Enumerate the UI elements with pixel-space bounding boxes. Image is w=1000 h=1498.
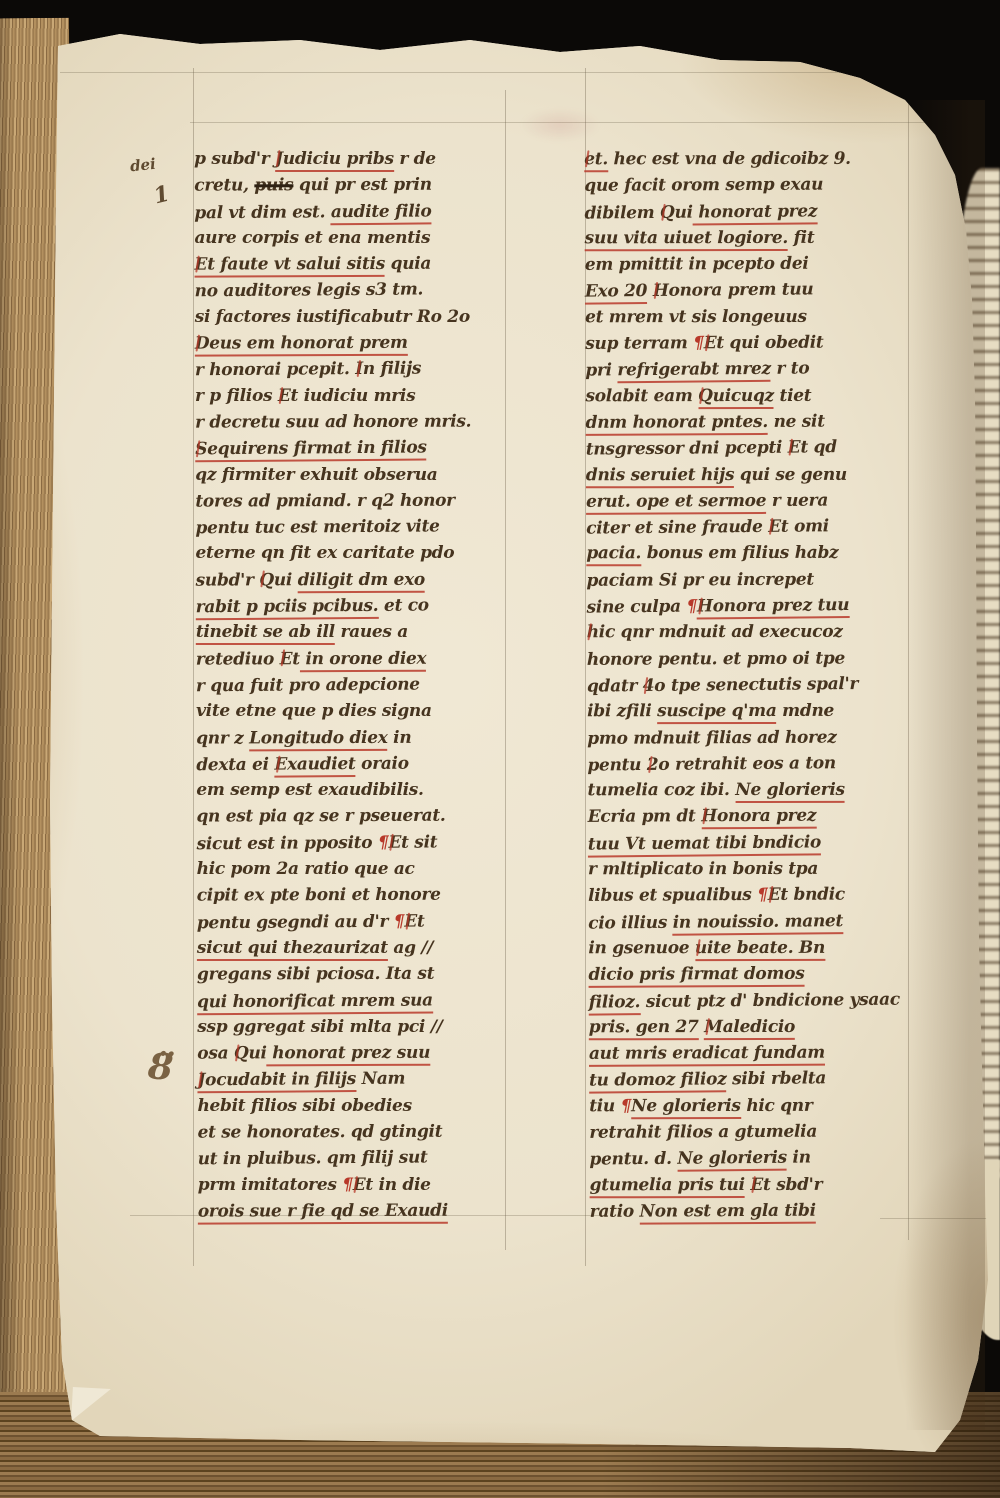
bleed-through-smudge [520, 108, 600, 142]
margin-note-dei: dei [129, 155, 156, 176]
manuscript-text-segment: Sequirens firmat in filios [195, 438, 427, 463]
manuscript-text-segment: gregans sibi pciosa. Ita st [197, 964, 434, 985]
manuscript-text-segment: paciam Si pr eu increpet [586, 569, 814, 590]
manuscript-line: Exo 20 Honora prem tuu [585, 276, 915, 305]
rubric-paraph-mark: ¶ [686, 597, 697, 617]
manuscript-text-segment: eterne qn fit ex caritate pdo [196, 543, 455, 563]
manuscript-line: pacia. bonus em filius habz [586, 540, 916, 567]
manuscript-text-segment: qui obedit [724, 333, 824, 354]
manuscript-text-segment: quia [385, 254, 431, 274]
manuscript-text-segment: et co [378, 596, 429, 616]
manuscript-text-segment: aut mris eradicat fundam [589, 1043, 825, 1067]
manuscript-text-segment: si factores iustificabutr Ro 2o [195, 307, 470, 327]
manuscript-text-segment: Jocudabit in filijs [197, 1069, 356, 1093]
manuscript-line: prm imitatores ¶Et in die [198, 1172, 528, 1198]
manuscript-text-segment: Et [768, 885, 788, 905]
manuscript-text-segment: raues a [335, 622, 408, 642]
manuscript-text-segment: dicio pris firmat domos [588, 964, 804, 988]
manuscript-line: Ecria pm dt Honora prez [588, 803, 918, 831]
manuscript-text-segment: in orone diex [300, 648, 427, 671]
rubric-paraph-mark: ¶ [621, 1096, 632, 1116]
manuscript-line: pris. gen 27 Maledicio [589, 1014, 919, 1041]
manuscript-line: et. hec est vna de gdicoibz 9. [584, 146, 914, 173]
manuscript-text-segment: ysaac [849, 989, 900, 1009]
manuscript-text-segment: honorat prez [693, 201, 818, 225]
manuscript-text-segment: r to [771, 359, 810, 379]
manuscript-text-segment: tpe senectutis spal'r [665, 674, 858, 696]
manuscript-line: sine culpa ¶Honora prez tuu [586, 591, 916, 620]
manuscript-line: qnr z Longitudo diex in [196, 724, 526, 751]
manuscript-text-segment: et mrem vt sis longeuus [585, 307, 807, 327]
manuscript-text-segment: 2o [647, 755, 670, 775]
manuscript-line: pentu gsegndi au d'r ¶Et [197, 907, 527, 936]
manuscript-line: pentu. d. Ne glorieris in [589, 1144, 919, 1173]
manuscript-text-segment: cipit ex pte boni et honore [197, 885, 441, 906]
manuscript-line: eterne qn fit ex caritate pdo [196, 540, 526, 566]
manuscript-line: qdatr 4o tpe senectutis spal'r [587, 670, 917, 699]
rubric-paraph-mark: ¶ [378, 833, 389, 853]
manuscript-text-segment: tumelia coz ibi. [588, 780, 736, 800]
manuscript-text-segment: qn est pia qz se r pseuerat. [196, 806, 445, 827]
manuscript-text-segment: pris. gen 27 [589, 1017, 699, 1040]
manuscript-text-segment: Et [280, 649, 300, 669]
manuscript-text-segment: r de [394, 149, 436, 169]
manuscript-text-segment: refrigerabt mrez [617, 359, 771, 383]
manuscript-line: r decretu suu ad honore mris. [195, 408, 525, 435]
manuscript-line: solabit eam Quicuqz tiet [585, 382, 915, 409]
manuscript-text-segment: pentu tuc est meritoiz vite [195, 517, 439, 539]
manuscript-text-segment: suu vita uiuet logiore. [585, 228, 788, 251]
manuscript-text-segment: in nouissio. manet [673, 911, 844, 936]
manuscript-text-segment: filioz. [589, 992, 641, 1015]
manuscript-line: et mrem vt sis longeuus [585, 303, 915, 330]
manuscript-line: aut mris eradicat fundam [589, 1039, 919, 1067]
manuscript-text-segment: Et [404, 911, 424, 931]
manuscript-line: pri refrigerabt mrez r to [585, 355, 915, 384]
manuscript-line: retrahit filios a gtumelia [589, 1118, 919, 1146]
rubric-paraph-mark: ¶ [693, 333, 704, 353]
manuscript-text-segment: Exo 20 [585, 281, 647, 305]
manuscript-line: qui honorificat mrem sua [197, 986, 527, 1015]
manuscript-line: gregans sibi pciosa. Ita st [197, 961, 527, 988]
manuscript-text-segment: subd'r [196, 570, 260, 590]
manuscript-text-segment: fit [788, 228, 814, 248]
manuscript-line: hic pom 2a ratio que ac [197, 856, 527, 882]
manuscript-text-segment: Qui [259, 570, 297, 590]
manuscript-line: dexta ei Exaudiet oraio [196, 750, 526, 779]
manuscript-text-segment: gtumelia pris tui [590, 1175, 745, 1198]
manuscript-line: cio illius in nouissio. manet [588, 907, 918, 936]
manuscript-text-segment: citer et sine fraude [586, 517, 768, 539]
manuscript-text-segment: sicut est in pposito [196, 833, 378, 854]
manuscript-line: em pmittit in pcepto dei [585, 250, 915, 278]
manuscript-line: p subd'r Judiciu pribs r de [194, 146, 524, 172]
manuscript-text-segment: et. [584, 149, 608, 172]
page-corner-fold [71, 1387, 111, 1423]
manuscript-line: orois sue r fie qd se Exaudi [198, 1197, 528, 1224]
manuscript-text-segment: bonus em filius habz [641, 543, 838, 563]
manuscript-line: tu domoz filioz sibi rbelta [589, 1065, 919, 1094]
manuscript-text-segment: suscipe q'ma [657, 701, 776, 724]
manuscript-text-segment: sibi rbelta [726, 1069, 826, 1090]
manuscript-text-segment: tores ad pmiand. r q2 honor [195, 491, 455, 512]
manuscript-text-segment: sup terram [585, 333, 693, 354]
manuscript-line: sicut qui thezaurizat ag // [197, 935, 527, 961]
manuscript-line: qn est pia qz se r pseuerat. [196, 803, 526, 830]
manuscript-text-segment: sicut ptz d' bndicione [640, 990, 850, 1012]
manuscript-text-segment: bndic [788, 885, 845, 905]
manuscript-text-segment: Ne glorieris [631, 1096, 741, 1119]
manuscript-line: dicio pris firmat domos [588, 960, 918, 988]
manuscript-text-segment: Et [768, 517, 788, 537]
manuscript-line: rabit p pciis pcibus. et co [196, 592, 526, 621]
manuscript-line: pentu 2o retrahit eos a ton [587, 749, 917, 778]
manuscript-line: si factores iustificabutr Ro 2o [195, 304, 525, 330]
manuscript-text-segment: sbd'r [771, 1174, 823, 1194]
manuscript-text-segment: pentu. d. [589, 1149, 677, 1170]
margin-numeral-8: 8̈ [147, 1045, 175, 1089]
manuscript-text-segment: r decretu suu ad honore mris. [195, 412, 471, 433]
ruling-line-top-1 [60, 72, 930, 73]
manuscript-text-segment: Honora [653, 281, 722, 302]
manuscript-line: retediuo Et in orone diex [196, 645, 526, 672]
manuscript-text-segment: Et [750, 1175, 770, 1195]
manuscript-text-segment: qd [808, 437, 837, 457]
manuscript-text-segment: tiet [774, 386, 811, 406]
manuscript-line: no auditores legis s3 tm. [195, 276, 525, 305]
manuscript-text-segment: hic qnr mdnuit ad execucoz [587, 622, 843, 642]
manuscript-text-segment: in [388, 727, 412, 747]
manuscript-text-segment: tnsgressor dni pcepti [586, 438, 788, 460]
manuscript-text-segment: sicut qui thezaurizat [197, 938, 388, 961]
manuscript-text-segment: 4o [643, 676, 666, 696]
manuscript-text-segment: Quicuqz [698, 386, 774, 409]
manuscript-text-segment: r honorai pcepit. [195, 359, 355, 380]
manuscript-text-segment: aure corpis et ena mentis [194, 228, 430, 248]
manuscript-text-segment: em pmittit in pcepto dei [585, 254, 809, 275]
manuscript-text-segment: Ne glorieris [735, 780, 845, 803]
manuscript-text-segment: p subd'r [194, 149, 275, 169]
manuscript-text-segment: que facit orom semp exau [584, 175, 823, 196]
manuscript-line: suu vita uiuet logiore. fit [585, 225, 915, 252]
manuscript-text-segment: solabit eam [585, 386, 698, 406]
manuscript-text-segment: ibi zfili [587, 701, 657, 721]
rubric-paraph-mark: ¶ [757, 885, 768, 905]
manuscript-text-segment: tuu Vt uemat tibi bndicio [588, 832, 821, 857]
manuscript-line: sup terram ¶Et qui obedit [585, 329, 915, 357]
manuscript-line: libus et spualibus ¶Et bndic [588, 881, 918, 909]
manuscript-text-segment: orois sue r fie qd se Exaudi [198, 1201, 448, 1225]
manuscript-text-segment: dexta ei [196, 755, 274, 776]
manuscript-line: gtumelia pris tui Et sbd'r [590, 1171, 920, 1198]
manuscript-text-segment: Et [353, 1175, 373, 1195]
manuscript-line: in gsenuoe uite beate. Bn [588, 935, 918, 962]
manuscript-text-segment: Ecria pm dt [588, 807, 702, 828]
manuscript-text-segment: Et [278, 386, 298, 406]
manuscript-line: pal vt dim est. audite filio [194, 197, 524, 226]
manuscript-text-segment: tiu [589, 1096, 620, 1116]
manuscript-line: Sequirens firmat in filios [195, 434, 525, 463]
manuscript-line: r mltiplicato in bonis tpa [588, 856, 918, 883]
manuscript-text-segment: in gsenuoe [588, 938, 695, 958]
manuscript-line: pentu tuc est meritoiz vite [195, 513, 525, 542]
manuscript-line: ut in pluibus. qm filij sut [198, 1144, 528, 1173]
manuscript-text-segment: Judiciu pribs [275, 149, 394, 172]
manuscript-line: r p filios Et iudiciu mris [195, 383, 525, 409]
manuscript-text-segment: Exaudiet [274, 754, 355, 778]
manuscript-line: erut. ope et sermoe r uera [586, 487, 916, 515]
rubric-paraph-mark: ¶ [342, 1175, 353, 1195]
manuscript-line: dnis seruiet hijs qui se genu [586, 461, 916, 488]
manuscript-text-segment: dnm honorat pntes. [586, 412, 768, 436]
manuscript-text-segment: qdatr [587, 676, 643, 697]
rubric-paraph-mark: ¶ [394, 911, 405, 931]
manuscript-text-segment: Honora prez tuu [697, 595, 850, 619]
manuscript-text-segment: Qui [660, 202, 693, 222]
manuscript-text-segment: Deus em honorat prem [195, 333, 408, 357]
manuscript-text-segment: r mltiplicato in bonis tpa [588, 859, 818, 879]
manuscript-text-segment: cio illius [588, 912, 673, 933]
manuscript-text-segment: Qui [234, 1043, 267, 1063]
manuscript-text-segment: Ne glorieris [677, 1148, 787, 1172]
manuscript-line: cipit ex pte boni et honore [197, 882, 527, 909]
manuscript-text-segment: ut in pluibus. qm filij sut [198, 1148, 428, 1170]
manuscript-text-segment: prem tuu [722, 280, 814, 301]
manuscript-text-segment: audite filio [331, 201, 432, 225]
manuscript-text-segment: Maledicio [704, 1017, 795, 1040]
manuscript-line: Deus em honorat prem [195, 330, 525, 357]
manuscript-text-segment: tu domoz filioz [589, 1070, 727, 1094]
manuscript-text-segment: hebit filios sibi obedies [197, 1096, 411, 1116]
manuscript-line: em semp est exaudibilis. [196, 777, 526, 803]
manuscript-text-segment: rabit p pciis pcibus. [196, 596, 379, 620]
manuscript-text-segment [745, 1175, 751, 1195]
manuscript-text-segment: pri [585, 361, 617, 381]
manuscript-line: tnsgressor dni pcepti Et qd [586, 434, 916, 463]
manuscript-page: dei 1 8̈ p subd'r Judiciu pribs r decret… [0, 0, 1000, 1498]
manuscript-text-segment: qui pr est prin [293, 175, 431, 195]
manuscript-text-segment: mdne [777, 701, 835, 721]
manuscript-text-segment: pentu gsegndi au d'r [197, 911, 394, 933]
manuscript-line: hebit filios sibi obedies [197, 1093, 527, 1119]
manuscript-line: ssp ggregat sibi mlta pci // [197, 1014, 527, 1040]
manuscript-text-segment: erut. ope et sermoe [586, 491, 766, 515]
manuscript-text-segment: em semp est exaudibilis. [196, 780, 423, 800]
manuscript-text-segment: tinebit se ab ill [196, 622, 335, 645]
manuscript-line: dnm honorat pntes. ne sit [586, 408, 916, 436]
manuscript-line: pmo mdnuit filias ad horez [587, 724, 917, 752]
manuscript-text-segment: qz firmiter exhuit obserua [195, 465, 437, 485]
manuscript-text-segment: sine culpa [586, 597, 686, 618]
manuscript-line: aure corpis et ena mentis [194, 225, 524, 251]
manuscript-line: ratio Non est em gla tibi [590, 1197, 920, 1225]
manuscript-text-segment: Longitudo diex [249, 727, 388, 750]
manuscript-text-segment: Et faute vt salui sitis [194, 254, 385, 278]
manuscript-line: citer et sine fraude Et omi [586, 513, 916, 542]
manuscript-text-segment: r uera [766, 490, 828, 510]
manuscript-text-segment: honorat prez suu [267, 1043, 431, 1067]
manuscript-line: r honorai pcepit. In filijs [195, 355, 525, 384]
manuscript-line: honore pentu. et pmo oi tpe [587, 645, 917, 673]
manuscript-line: osa Qui honorat prez suu [197, 1040, 527, 1067]
manuscript-text-segment: osa [197, 1044, 234, 1064]
manuscript-line: tiu ¶Ne glorieris hic qnr [589, 1092, 919, 1119]
manuscript-text-segment: puis [254, 176, 293, 196]
manuscript-text-segment: Honora prez [701, 806, 816, 830]
manuscript-text-segment: Et [788, 438, 808, 458]
manuscript-text-segment: pentu [587, 755, 647, 776]
manuscript-text-segment: In filijs [355, 359, 421, 380]
manuscript-text-segment: ssp ggregat sibi mlta pci // [197, 1017, 442, 1037]
manuscript-text-segment: retediuo [196, 649, 280, 669]
manuscript-line: filioz. sicut ptz d' bndicione ysaac [589, 986, 919, 1015]
manuscript-text-segment: qnr z [196, 728, 249, 748]
margin-numeral-1: 1 [151, 181, 172, 210]
manuscript-line: hic qnr mdnuit ad execucoz [587, 619, 917, 646]
manuscript-text-segment: pmo mdnuit filias ad horez [587, 727, 836, 748]
manuscript-text-segment: qui se genu [734, 464, 847, 484]
manuscript-text-segment: retrahit eos a ton [669, 753, 836, 775]
manuscript-text-segment: dnis seruiet hijs [586, 465, 734, 488]
manuscript-line: dibilem Qui honorat prez [584, 197, 914, 226]
manuscript-text-segment: diligit dm exo [298, 570, 425, 593]
manuscript-text-segment: Non est em gla tibi [639, 1201, 815, 1225]
manuscript-text-segment: pacia. [586, 544, 641, 567]
manuscript-text-segment: cretu, [194, 176, 254, 196]
manuscript-line: tuu Vt uemat tibi bndicio [588, 828, 918, 857]
manuscript-text-segment: ag // [388, 938, 433, 958]
manuscript-text-segment: in die [373, 1175, 431, 1195]
manuscript-line: ibi zfili suscipe q'ma mdne [587, 698, 917, 725]
manuscript-text-segment: Nam [356, 1069, 405, 1089]
text-column-right: et. hec est vna de gdicoibz 9.que facit … [584, 145, 920, 1225]
manuscript-text-segment: r qua fuit pro adepcione [196, 674, 420, 696]
text-column-left: p subd'r Judiciu pribs r decretu, puis q… [194, 145, 528, 1224]
manuscript-line: cretu, puis qui pr est prin [194, 172, 524, 199]
manuscript-text-segment: hec est vna de gdicoibz 9. [608, 149, 851, 169]
manuscript-line: tores ad pmiand. r q2 honor [195, 487, 525, 514]
manuscript-photo: dei 1 8̈ p subd'r Judiciu pribs r decret… [0, 0, 1000, 1498]
manuscript-text-segment: iudiciu mris [298, 386, 415, 406]
manuscript-text-segment: Et [704, 333, 724, 353]
manuscript-text-segment: prm imitatores [198, 1175, 342, 1195]
manuscript-line: tinebit se ab ill raues a [196, 619, 526, 645]
manuscript-text-segment: oraio [355, 753, 408, 773]
manuscript-text-segment: hic qnr [741, 1096, 813, 1116]
manuscript-text-segment: ratio [590, 1201, 640, 1221]
manuscript-line: paciam Si pr eu increpet [586, 566, 916, 594]
manuscript-text-segment: dibilem [584, 202, 660, 223]
manuscript-text-segment: in [787, 1148, 811, 1168]
manuscript-line: vite etne que p dies signa [196, 698, 526, 724]
manuscript-text-segment: r p filios [195, 386, 278, 406]
manuscript-text-segment: honore pentu. et pmo oi tpe [587, 648, 845, 669]
manuscript-text-segment: omi [788, 516, 829, 536]
manuscript-text-segment: hic pom 2a ratio que ac [197, 859, 415, 879]
manuscript-text-segment: et se honorates. qd gtingit [198, 1122, 443, 1143]
manuscript-line: sicut est in pposito ¶Et sit [196, 828, 526, 857]
manuscript-text-segment: retrahit filios a gtumelia [589, 1122, 817, 1143]
manuscript-text-segment: qui honorificat mrem sua [197, 990, 433, 1015]
manuscript-text-segment: uite beate. Bn [695, 938, 825, 961]
manuscript-text-segment: pal vt dim est. [194, 202, 331, 223]
manuscript-line: que facit orom semp exau [584, 171, 914, 199]
manuscript-line: et se honorates. qd gtingit [198, 1118, 528, 1145]
manuscript-text-segment: libus et spualibus [588, 885, 757, 906]
manuscript-line: r qua fuit pro adepcione [196, 671, 526, 700]
manuscript-text-segment: no auditores legis s3 tm. [195, 280, 424, 302]
manuscript-text-segment: Et sit [388, 832, 437, 852]
manuscript-line: Et faute vt salui sitis quia [194, 251, 524, 278]
manuscript-line: tumelia coz ibi. Ne glorieris [588, 777, 918, 804]
manuscript-line: Jocudabit in filijs Nam [197, 1065, 527, 1094]
manuscript-text-segment: vite etne que p dies signa [196, 701, 432, 721]
manuscript-text-segment: ne sit [768, 412, 825, 432]
manuscript-line: qz firmiter exhuit obserua [195, 462, 525, 488]
manuscript-line: subd'r Qui diligit dm exo [196, 566, 526, 593]
